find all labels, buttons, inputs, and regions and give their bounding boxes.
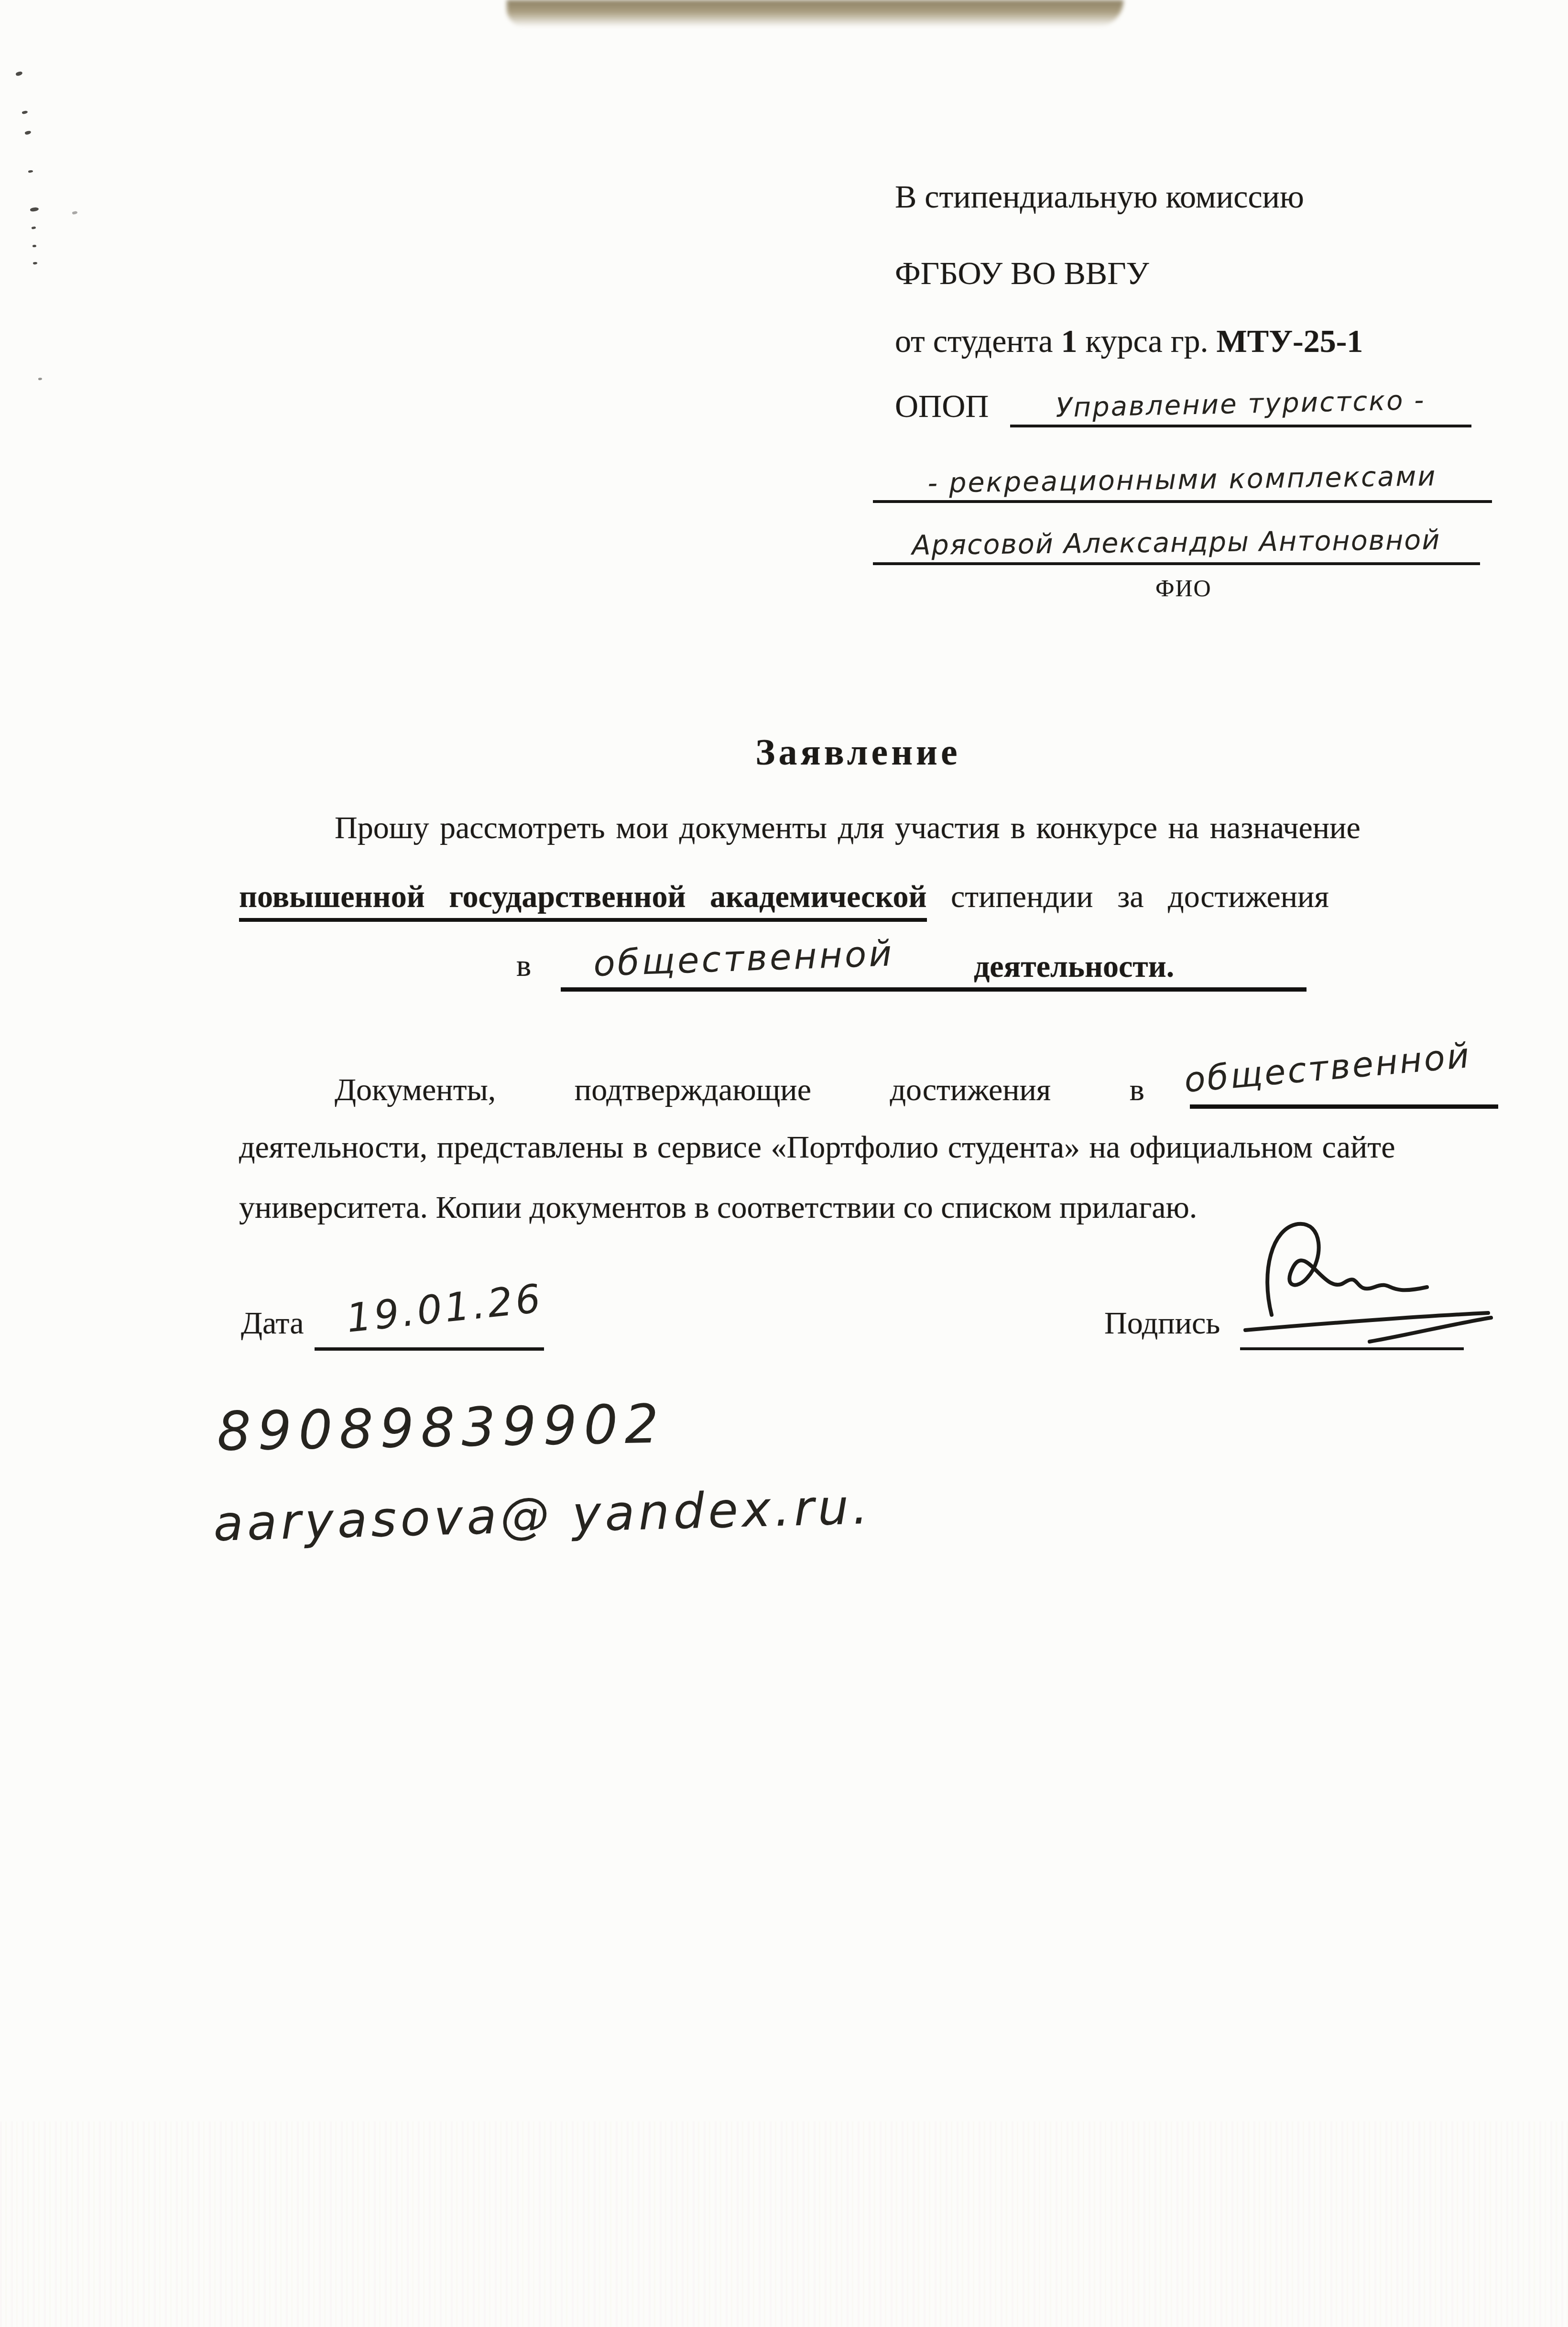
recipient-block: В стипендиальную комиссию ФГБОУ ВО ВВГУ … xyxy=(895,178,1492,608)
activity-printed-word: деятельности. xyxy=(974,948,1174,985)
activity-handwritten-1: общественной xyxy=(593,932,895,985)
student-mid: курса гр. xyxy=(1077,323,1216,359)
bold-underlined-phrase: повышенной государственной академической xyxy=(239,879,927,922)
opop-row: ОПОП Управление туристско - xyxy=(895,387,1471,427)
student-line: от студента 1 курса гр. МТУ-25-1 xyxy=(895,322,1363,360)
dust-speck xyxy=(38,377,43,380)
student-course: 1 xyxy=(1061,323,1077,359)
opop-field: Управление туристско - xyxy=(1010,387,1471,427)
dust-speck xyxy=(72,211,77,215)
dust-speck xyxy=(22,110,28,115)
opop-label: ОПОП xyxy=(895,388,989,424)
date-label: Дата xyxy=(241,1304,304,1342)
opop-field-2: - рекреационными комплексами xyxy=(873,463,1492,503)
student-group: МТУ-25-1 xyxy=(1217,323,1363,359)
paragraph2-line3: университета. Копии документов в соответ… xyxy=(239,1189,1197,1226)
paragraph2-line1: Документы, подтверждающие достижения в о… xyxy=(335,1060,1498,1109)
opop-row-2: - рекреационными комплексами xyxy=(873,463,1492,503)
fio-handwritten: Арясовой Александры Антоновной xyxy=(912,524,1440,561)
opop-handwritten-2: - рекреационными комплексами xyxy=(927,461,1437,499)
activity-field-2: общественной xyxy=(1190,1060,1498,1109)
scanned-application-page: В стипендиальную комиссию ФГБОУ ВО ВВГУ … xyxy=(0,0,1568,2327)
dust-speck xyxy=(15,71,23,76)
dust-speck xyxy=(33,262,38,264)
paragraph1-rest: стипендии за достижения xyxy=(927,879,1329,914)
opop-handwritten-1: Управление туристско - xyxy=(1056,385,1426,424)
paragraph1-line3: в общественной деятельности. xyxy=(516,943,1307,992)
fio-row: Арясовой Александры Антоновной xyxy=(873,525,1480,565)
student-prefix: от студента xyxy=(895,323,1061,359)
scanner-noise-bottom xyxy=(0,2121,1568,2327)
date-field: 19.01.26 xyxy=(315,1297,544,1351)
paragraph2-start: Документы, подтверждающие достижения в xyxy=(335,1071,1144,1109)
recipient-line-1: В стипендиальную комиссию xyxy=(895,178,1304,215)
phone-text: 89089839902 xyxy=(217,1393,666,1463)
fio-field: Арясовой Александры Антоновной xyxy=(873,525,1480,565)
recipient-line-2: ФГБОУ ВО ВВГУ xyxy=(895,254,1149,292)
paragraph1-line2: повышенной государственной академической… xyxy=(239,878,1329,916)
in-word: в xyxy=(516,948,531,983)
signature-label: Подпись xyxy=(1104,1304,1220,1342)
email-handwritten: aaryasova@ yandex.ru. xyxy=(214,1496,872,1552)
document-title: Заявление xyxy=(0,731,1568,774)
phone-handwritten: 89089839902 xyxy=(218,1401,666,1463)
activity-field-1: общественной деятельности. xyxy=(561,943,1307,992)
dust-speck xyxy=(24,130,32,135)
dust-speck xyxy=(32,226,36,229)
fio-label: ФИО xyxy=(1155,575,1212,602)
dust-speck xyxy=(33,244,37,247)
email-text: aaryasova@ yandex.ru. xyxy=(213,1478,872,1552)
scanner-edge-artifact xyxy=(507,0,1123,27)
signature-scribble xyxy=(1226,1214,1494,1353)
dust-speck xyxy=(30,207,39,212)
paragraph1-line1: Прошу рассмотреть мои документы для учас… xyxy=(335,809,1361,847)
date-handwritten: 19.01.26 xyxy=(344,1276,545,1342)
paragraph2-line2: деятельности, представлены в сервисе «По… xyxy=(239,1128,1395,1166)
activity-handwritten-2: общественной xyxy=(1182,1034,1472,1101)
dust-speck xyxy=(28,170,33,173)
